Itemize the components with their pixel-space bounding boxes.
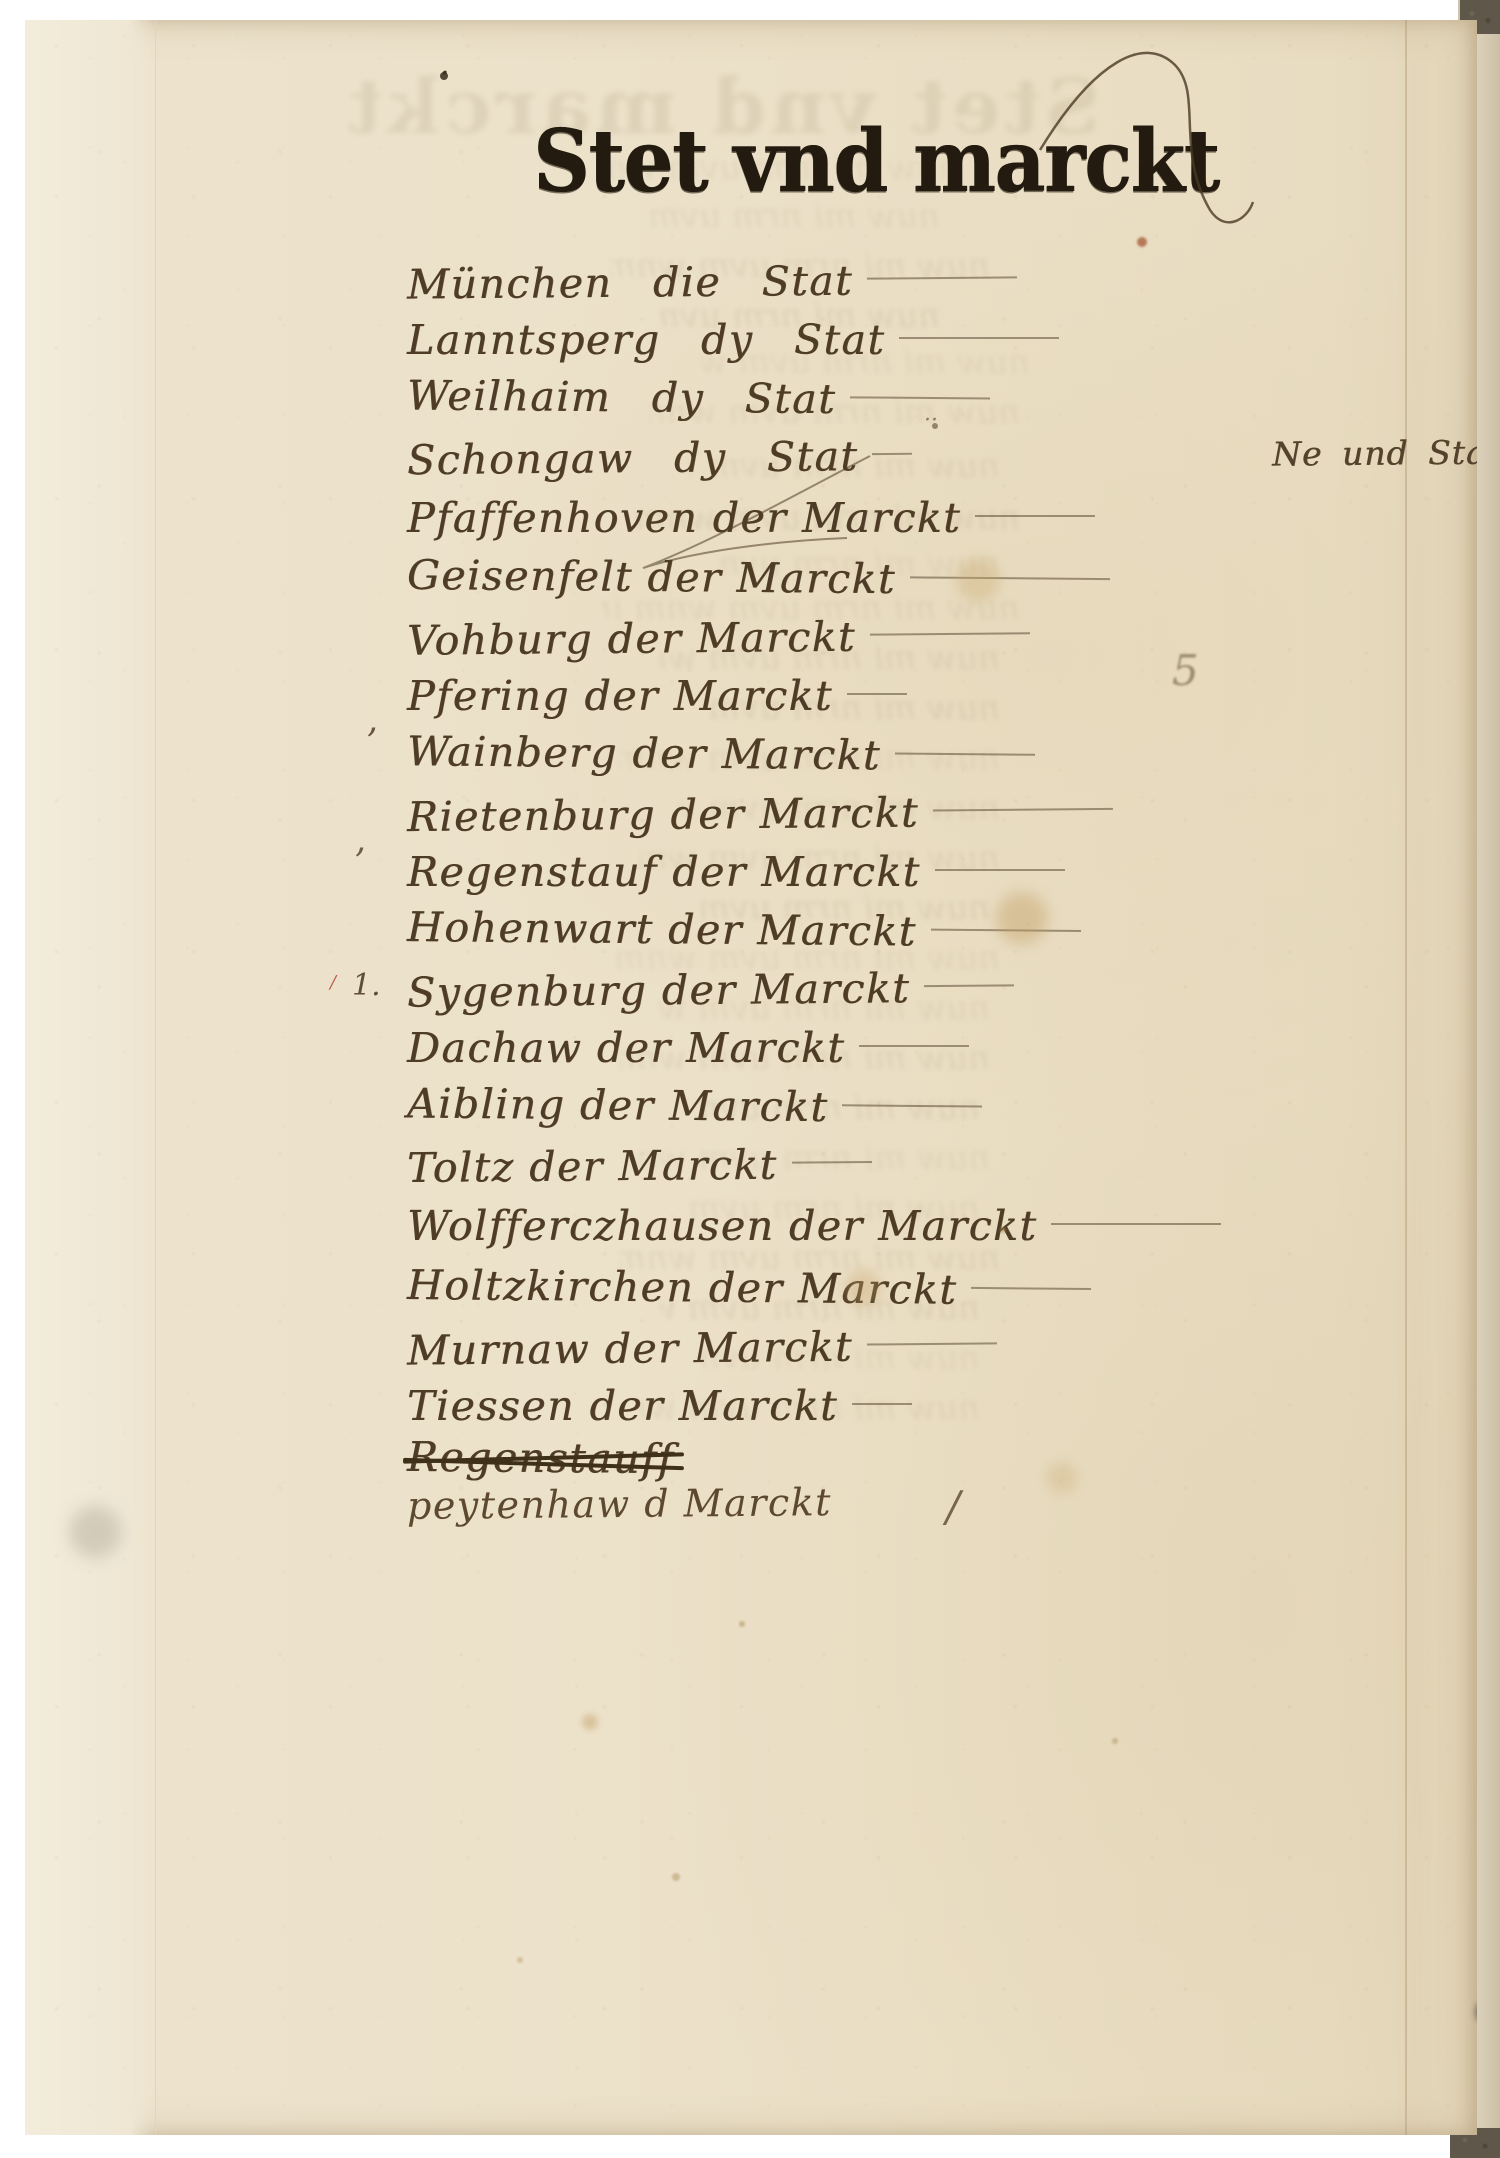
line-filler: [867, 1342, 997, 1345]
place-entry: Regenstauff: [407, 1433, 675, 1483]
paper-stain: [582, 1714, 598, 1730]
list-item: Murnaw der Marckt: [407, 1321, 997, 1374]
list-item: Tiessen der Marckt: [407, 1382, 912, 1430]
place-entry: Vohburg der Marckt: [407, 613, 856, 665]
place-entry: Rietenburg der Marckt: [407, 789, 919, 841]
list-item: Regenstauf der Marckt: [407, 848, 1065, 896]
line-filler: [935, 869, 1065, 871]
place-entry: Schongaw dy Stat: [407, 432, 859, 484]
place-entry: Weilhaim dy Stat: [407, 371, 836, 423]
list-item: Weilhaim dy Stat: [407, 371, 990, 424]
list-item: Dachaw der Marckt: [407, 1024, 969, 1072]
line-filler: [895, 752, 1035, 755]
list-item: Hohenwart der Marckt: [407, 903, 1081, 957]
photo-background: Stet vnd marckt nuw mi nrm uvm wnm irw n…: [0, 0, 1500, 2158]
place-entry: Wainberg der Marckt: [407, 727, 881, 779]
line-filler: [933, 807, 1113, 811]
line-filler: [852, 1403, 912, 1405]
margin-mark: ’: [354, 842, 365, 883]
place-entry: Pfaffenhoven der Marckt: [407, 494, 961, 542]
place-entry: Murnaw der Marckt: [407, 1323, 853, 1375]
margin-mark: 5: [1172, 646, 1199, 695]
list-item: peytenhaw d Marckt: [407, 1480, 832, 1528]
list-item: Schongaw dy StatNe und Statdie Stat: [407, 432, 913, 484]
margin-mark: ·: [440, 56, 450, 91]
right-crease: [1405, 20, 1407, 2135]
list-item: Pfering der Marckt: [407, 672, 907, 720]
margin-mark: /: [946, 1482, 960, 1531]
line-filler: [791, 1160, 871, 1163]
place-entry: Hohenwart der Marckt: [407, 903, 917, 955]
annotation-text: Ne und Stat: [1272, 433, 1477, 474]
list-item: Pfaffenhoven der Marckt: [407, 494, 1095, 542]
place-entry: Holtzkirchen der Marckt: [407, 1261, 958, 1314]
paper-stain: [517, 1957, 523, 1963]
paper-stain: [739, 1621, 745, 1627]
entry-annotation: Ne und Statdie Stat: [1272, 430, 1477, 474]
place-entry: Geisenfelt der Marckt: [407, 551, 896, 603]
place-entry: Dachaw der Marckt: [407, 1024, 845, 1072]
paper-stain: [1046, 1462, 1078, 1494]
line-filler: [867, 276, 1017, 279]
list-item: Sygenburg der Marckt: [407, 963, 1015, 1016]
place-entry: Toltz der Marckt: [407, 1141, 778, 1192]
list-item: Regenstauff: [407, 1433, 675, 1483]
line-filler: [872, 452, 912, 454]
list-item: Aibling der Marckt: [407, 1079, 983, 1132]
paper-stain: [1137, 237, 1147, 247]
margin-mark: ’: [366, 722, 377, 763]
line-filler: [1051, 1223, 1221, 1225]
left-fold-edge: [25, 20, 156, 2135]
list-item: Rietenburg der Marckt: [407, 787, 1113, 841]
list-item: Toltz der Marckt: [407, 1140, 872, 1192]
line-filler: [910, 576, 1110, 580]
line-filler: [850, 396, 990, 399]
manuscript-page: Stet vnd marckt nuw mi nrm uvm wnm irw n…: [25, 20, 1477, 2135]
paper-stain: [1475, 2000, 1477, 2024]
list-item: Vohburg der Marckt: [407, 611, 1030, 664]
line-filler: [975, 515, 1095, 517]
place-entry: Wolfferczhausen der Marckt: [407, 1202, 1037, 1250]
line-filler: [899, 337, 1059, 339]
place-entry: Pfering der Marckt: [407, 672, 833, 720]
paper-stain: [440, 72, 448, 80]
list-item: Wainberg der Marckt: [407, 727, 1035, 780]
list-item: Geisenfelt der Marckt: [407, 551, 1110, 605]
margin-mark: /: [330, 972, 336, 993]
place-entry: Tiessen der Marckt: [407, 1382, 838, 1430]
list-item: Wolfferczhausen der Marckt: [407, 1202, 1221, 1250]
place-entry: Aibling der Marckt: [407, 1079, 829, 1131]
list-item: Holtzkirchen der Marckt: [407, 1261, 1092, 1315]
place-entry: München die Stat: [407, 257, 853, 309]
line-filler: [870, 632, 1030, 635]
page-title: Stet vnd marckt: [533, 112, 1219, 212]
place-entry: Lanntsperg dy Stat: [407, 316, 885, 364]
line-filler: [931, 928, 1081, 931]
line-filler: [924, 984, 1014, 987]
margin-mark: 1.: [352, 968, 381, 1003]
line-filler: [842, 1104, 982, 1107]
line-filler: [859, 1045, 969, 1047]
list-item: Lanntsperg dy Stat: [407, 316, 1059, 364]
line-filler: [971, 1286, 1091, 1289]
place-entry: peytenhaw d Marckt: [407, 1480, 832, 1528]
place-entry: Regenstauf der Marckt: [407, 848, 921, 896]
place-entry: Sygenburg der Marckt: [407, 964, 911, 1016]
list-item: München die Stat: [407, 255, 1017, 308]
paper-stain: [672, 1873, 680, 1881]
line-filler: [847, 693, 907, 695]
paper-stain: [1112, 1738, 1118, 1744]
